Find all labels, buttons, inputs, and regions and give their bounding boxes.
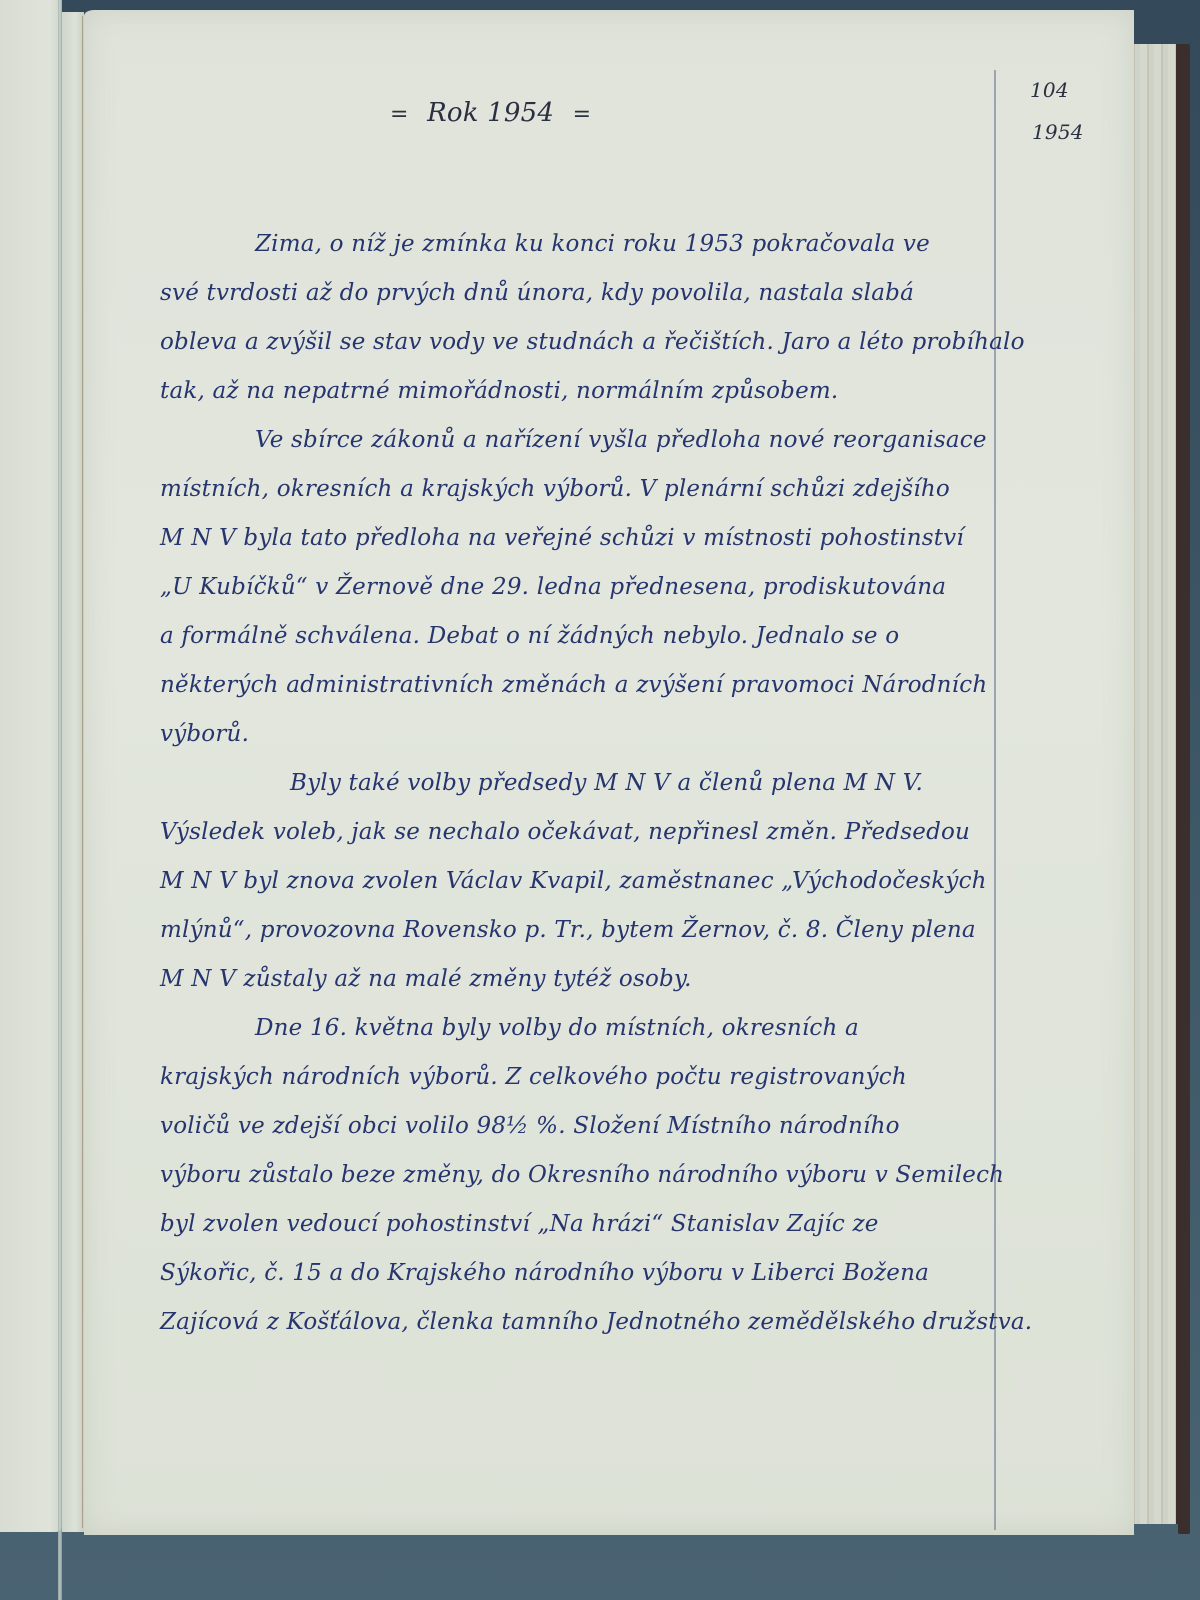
title-decoration-left: = (390, 102, 409, 127)
text-line: Výsledek voleb, jak se nechalo očekávat,… (160, 808, 990, 857)
text-line: Sýkořic, č. 15 a do Krajského národního … (160, 1249, 990, 1298)
text-line: tak, až na nepatrné mimořádnosti, normál… (160, 367, 990, 416)
text-line: výboru zůstalo beze změny, do Okresního … (160, 1151, 990, 1200)
glass-plate-edge (58, 0, 62, 1600)
text-line: výborů. (160, 710, 990, 759)
text-line: Zima, o níž je zmínka ku konci roku 1953… (160, 220, 990, 269)
text-line: a formálně schválena. Debat o ní žádných… (160, 612, 990, 661)
text-line: Dne 16. května byly volby do místních, o… (160, 1004, 990, 1053)
book-gutter (62, 12, 84, 1532)
text-line: místních, okresních a krajských výborů. … (160, 465, 990, 514)
title-text: Rok 1954 (427, 98, 554, 128)
text-line: některých administrativních změnách a zv… (160, 661, 990, 710)
previous-page-edge (0, 0, 62, 1532)
handwritten-body: Zima, o níž je zmínka ku konci roku 1953… (160, 220, 990, 1347)
text-line: obleva a zvýšil se stav vody ve studnách… (160, 318, 990, 367)
title-decoration-right: = (573, 102, 592, 127)
gutter-fold-line (82, 16, 83, 1528)
text-line: byl zvolen vedoucí pohostinství „Na hráz… (160, 1200, 990, 1249)
text-line: „U Kubíčků“ v Žernově dne 29. ledna před… (160, 563, 990, 612)
text-line: mlýnů“, provozovna Rovensko p. Tr., byte… (160, 906, 990, 955)
text-line: Ve sbírce zákonů a nařízení vyšla předlo… (160, 416, 990, 465)
text-line: voličů ve zdejší obci volilo 98½ %. Slož… (160, 1102, 990, 1151)
text-line: M N V byl znova zvolen Václav Kvapil, za… (160, 857, 990, 906)
text-line: Zajícová z Košťálova, členka tamního Jed… (160, 1298, 990, 1347)
page-stack-edges (1126, 44, 1182, 1524)
text-line: krajských národních výborů. Z celkového … (160, 1053, 990, 1102)
page-number: 104 (1030, 78, 1069, 102)
text-line: M N V zůstaly až na malé změny tytéž oso… (160, 955, 990, 1004)
margin-year: 1954 (1032, 120, 1084, 144)
text-line: Byly také volby předsedy M N V a členů p… (160, 759, 990, 808)
text-line: své tvrdosti až do prvých dnů února, kdy… (160, 269, 990, 318)
page-title: = Rok 1954 = (380, 98, 601, 128)
text-line: M N V byla tato předloha na veřejné schů… (160, 514, 990, 563)
